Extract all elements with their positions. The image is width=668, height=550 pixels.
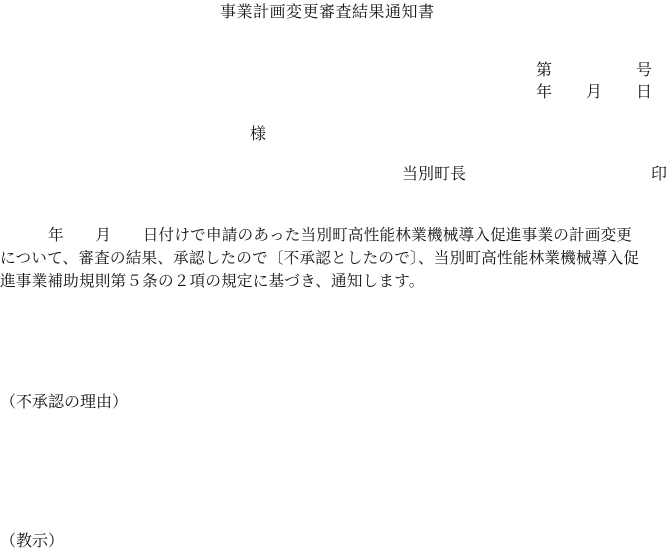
number-prefix: 第	[536, 62, 552, 78]
date-year: 年	[536, 84, 552, 100]
reason-heading: （不承認の理由）	[0, 394, 128, 410]
sender-name: 当別町長	[402, 166, 466, 182]
seal-mark: 印	[651, 166, 667, 182]
date-month: 月	[586, 84, 602, 100]
number-suffix: 号	[636, 62, 652, 78]
body-line-3: 進事業補助規則第５条の２項の規定に基づき、通知します。	[0, 274, 425, 290]
instruction-heading: （教示）	[0, 533, 64, 549]
body-line-1: 年 月 日付けで申請のあった当別町高性能林業機械導入促進事業の計画変更	[48, 228, 632, 244]
date-day: 日	[636, 84, 652, 100]
body-line-2: について、審査の結果、承認したので〔不承認としたので〕、当別町高性能林業機械導入…	[0, 251, 639, 267]
addressee-suffix: 様	[250, 126, 266, 142]
document-title: 事業計画変更審査結果通知書	[220, 4, 435, 20]
